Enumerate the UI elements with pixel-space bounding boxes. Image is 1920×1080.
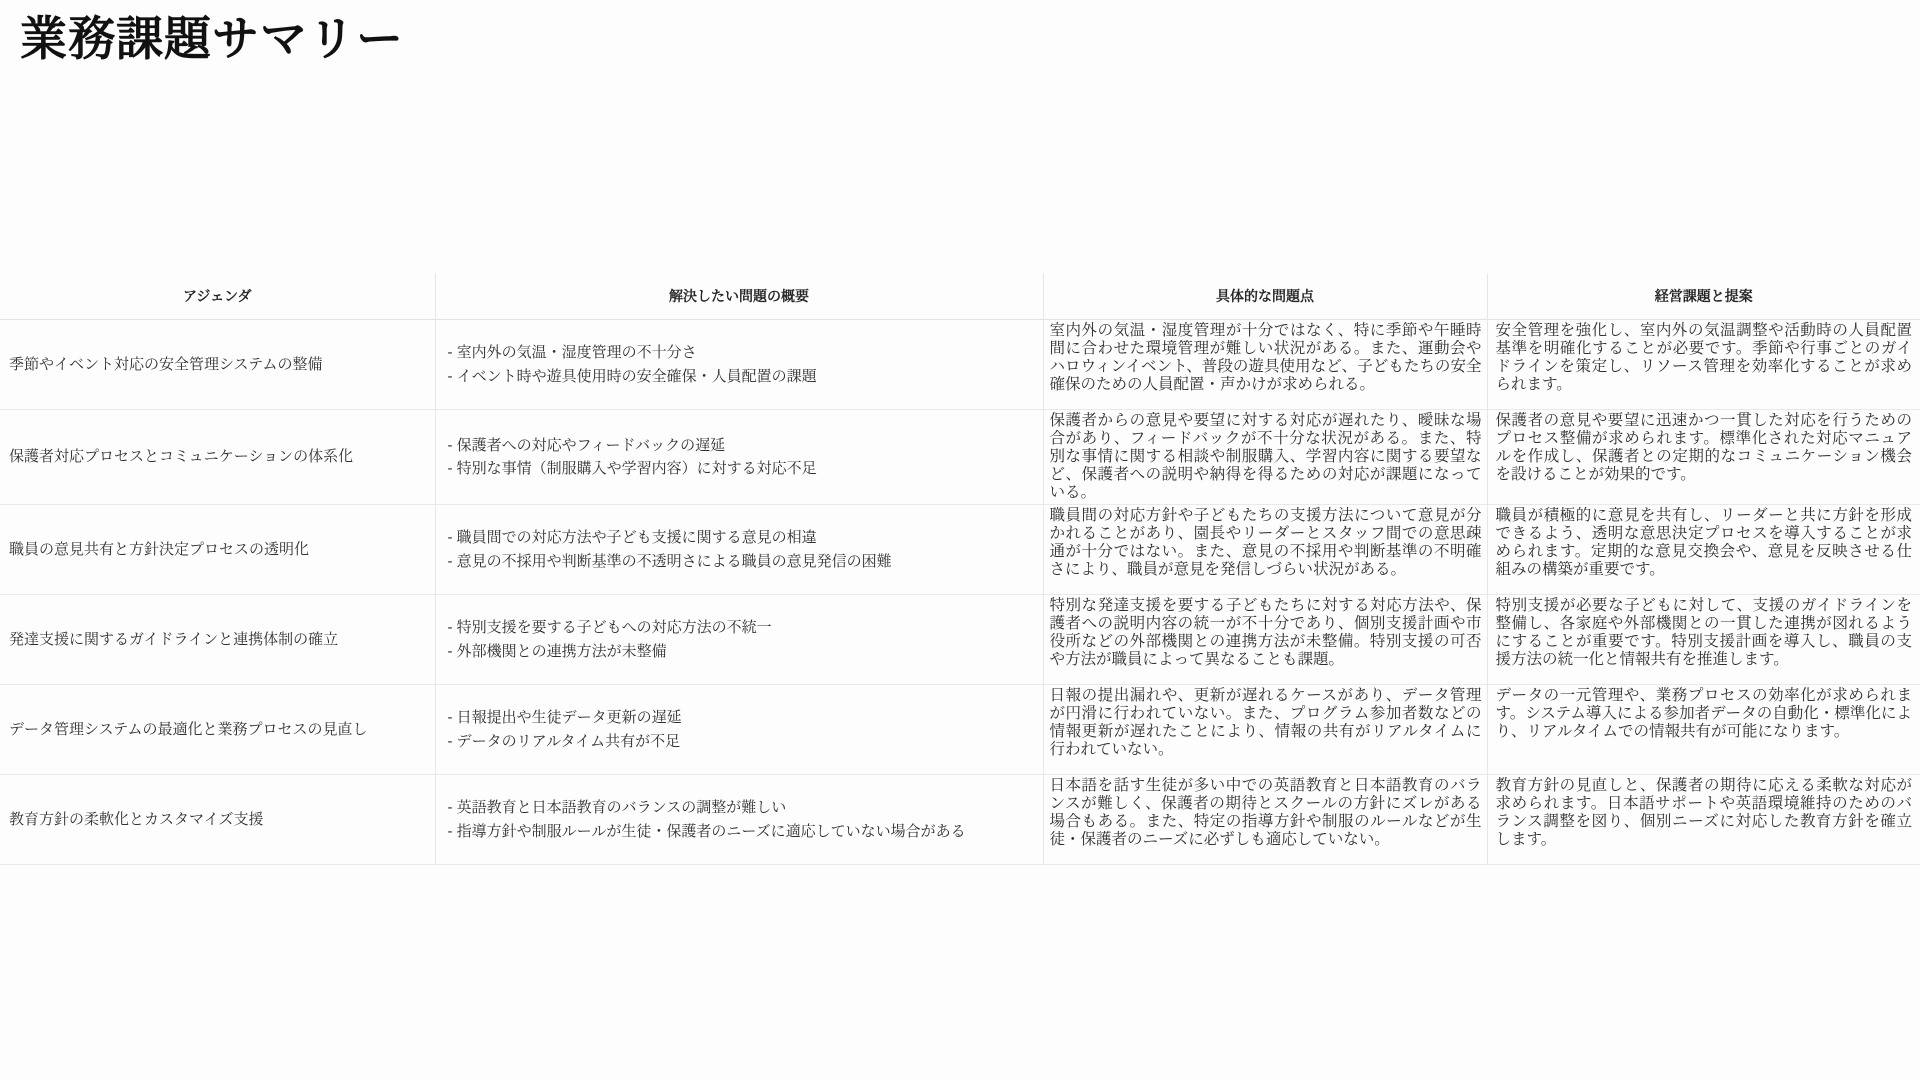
table-row: 職員の意見共有と方針決定プロセスの透明化- 職員間での対応方法や子ども支援に関す… [0, 505, 1920, 595]
agenda-cell: データ管理システムの最適化と業務プロセスの見直し [0, 685, 435, 775]
table-header-row: アジェンダ 解決したい問題の概要 具体的な問題点 経営課題と提案 [0, 273, 1920, 320]
column-header-agenda: アジェンダ [0, 273, 435, 320]
overview-cell: - 保護者への対応やフィードバックの遅延- 特別な事情（制服購入や学習内容）に対… [435, 410, 1043, 505]
specific-problems-cell: 特別な発達支援を要する子どもたちに対する対応方法や、保護者への説明内容の統一が不… [1043, 595, 1487, 685]
overview-cell: - 日報提出や生徒データ更新の遅延- データのリアルタイム共有が不足 [435, 685, 1043, 775]
specific-problems-cell: 日本語を話す生徒が多い中での英語教育と日本語教育のバランスが難しく、保護者の期待… [1043, 775, 1487, 865]
management-proposal-cell: 特別支援が必要な子どもに対して、支援のガイドラインを整備し、各家庭や外部機関との… [1487, 595, 1920, 685]
management-proposal-cell: 保護者の意見や要望に迅速かつ一貫した対応を行うためのプロセス整備が求められます。… [1487, 410, 1920, 505]
column-header-problem-overview: 解決したい問題の概要 [435, 273, 1043, 320]
specific-problems-cell: 職員間の対応方針や子どもたちの支援方法について意見が分かれることがあり、園長やリ… [1043, 505, 1487, 595]
overview-bullet-line: - イベント時や遊具使用時の安全確保・人員配置の課題 [448, 365, 1029, 388]
overview-bullet-line: - 英語教育と日本語教育のバランスの調整が難しい [448, 796, 1029, 819]
overview-cell: - 特別支援を要する子どもへの対応方法の不統一- 外部機関との連携方法が未整備 [435, 595, 1043, 685]
page: 業務課題サマリー アジェンダ 解決したい問題の概要 具体的な問題点 経営課題と提… [0, 0, 1920, 1080]
overview-bullet-line: - 室内外の気温・湿度管理の不十分さ [448, 341, 1029, 364]
overview-bullet-line: - 外部機関との連携方法が未整備 [448, 640, 1029, 663]
overview-cell: - 職員間での対応方法や子ども支援に関する意見の相違- 意見の不採用や判断基準の… [435, 505, 1043, 595]
column-header-management-proposal: 経営課題と提案 [1487, 273, 1920, 320]
overview-bullet-line: - 職員間での対応方法や子ども支援に関する意見の相違 [448, 526, 1029, 549]
agenda-cell: 季節やイベント対応の安全管理システムの整備 [0, 320, 435, 410]
table-row: 保護者対応プロセスとコミュニケーションの体系化- 保護者への対応やフィードバック… [0, 410, 1920, 505]
specific-problems-cell: 日報の提出漏れや、更新が遅れるケースがあり、データ管理が円滑に行われていない。ま… [1043, 685, 1487, 775]
overview-cell: - 英語教育と日本語教育のバランスの調整が難しい- 指導方針や制服ルールが生徒・… [435, 775, 1043, 865]
overview-bullet-line: - 特別な事情（制服購入や学習内容）に対する対応不足 [448, 457, 1029, 480]
issues-summary-table: アジェンダ 解決したい問題の概要 具体的な問題点 経営課題と提案 季節やイベント… [0, 273, 1920, 865]
table-row: データ管理システムの最適化と業務プロセスの見直し- 日報提出や生徒データ更新の遅… [0, 685, 1920, 775]
table-body: 季節やイベント対応の安全管理システムの整備- 室内外の気温・湿度管理の不十分さ-… [0, 320, 1920, 865]
table-row: 発達支援に関するガイドラインと連携体制の確立- 特別支援を要する子どもへの対応方… [0, 595, 1920, 685]
overview-cell: - 室内外の気温・湿度管理の不十分さ- イベント時や遊具使用時の安全確保・人員配… [435, 320, 1043, 410]
overview-bullet-line: - 保護者への対応やフィードバックの遅延 [448, 434, 1029, 457]
overview-bullet-line: - 意見の不採用や判断基準の不透明さによる職員の意見発信の困難 [448, 550, 1029, 573]
overview-bullet-line: - データのリアルタイム共有が不足 [448, 730, 1029, 753]
agenda-cell: 教育方針の柔軟化とカスタマイズ支援 [0, 775, 435, 865]
agenda-cell: 発達支援に関するガイドラインと連携体制の確立 [0, 595, 435, 685]
page-title: 業務課題サマリー [0, 0, 1920, 66]
column-header-specific-problems: 具体的な問題点 [1043, 273, 1487, 320]
table-row: 季節やイベント対応の安全管理システムの整備- 室内外の気温・湿度管理の不十分さ-… [0, 320, 1920, 410]
overview-bullet-line: - 特別支援を要する子どもへの対応方法の不統一 [448, 616, 1029, 639]
management-proposal-cell: 教育方針の見直しと、保護者の期待に応える柔軟な対応が求められます。日本語サポート… [1487, 775, 1920, 865]
management-proposal-cell: 職員が積極的に意見を共有し、リーダーと共に方針を形成できるよう、透明な意思決定プ… [1487, 505, 1920, 595]
overview-bullet-line: - 日報提出や生徒データ更新の遅延 [448, 706, 1029, 729]
specific-problems-cell: 室内外の気温・湿度管理が十分ではなく、特に季節や午睡時間に合わせた環境管理が難し… [1043, 320, 1487, 410]
management-proposal-cell: 安全管理を強化し、室内外の気温調整や活動時の人員配置基準を明確化することが必要で… [1487, 320, 1920, 410]
overview-bullet-line: - 指導方針や制服ルールが生徒・保護者のニーズに適応していない場合がある [448, 820, 1029, 843]
agenda-cell: 職員の意見共有と方針決定プロセスの透明化 [0, 505, 435, 595]
table-row: 教育方針の柔軟化とカスタマイズ支援- 英語教育と日本語教育のバランスの調整が難し… [0, 775, 1920, 865]
specific-problems-cell: 保護者からの意見や要望に対する対応が遅れたり、曖昧な場合があり、フィードバックが… [1043, 410, 1487, 505]
management-proposal-cell: データの一元管理や、業務プロセスの効率化が求められます。システム導入による参加者… [1487, 685, 1920, 775]
agenda-cell: 保護者対応プロセスとコミュニケーションの体系化 [0, 410, 435, 505]
